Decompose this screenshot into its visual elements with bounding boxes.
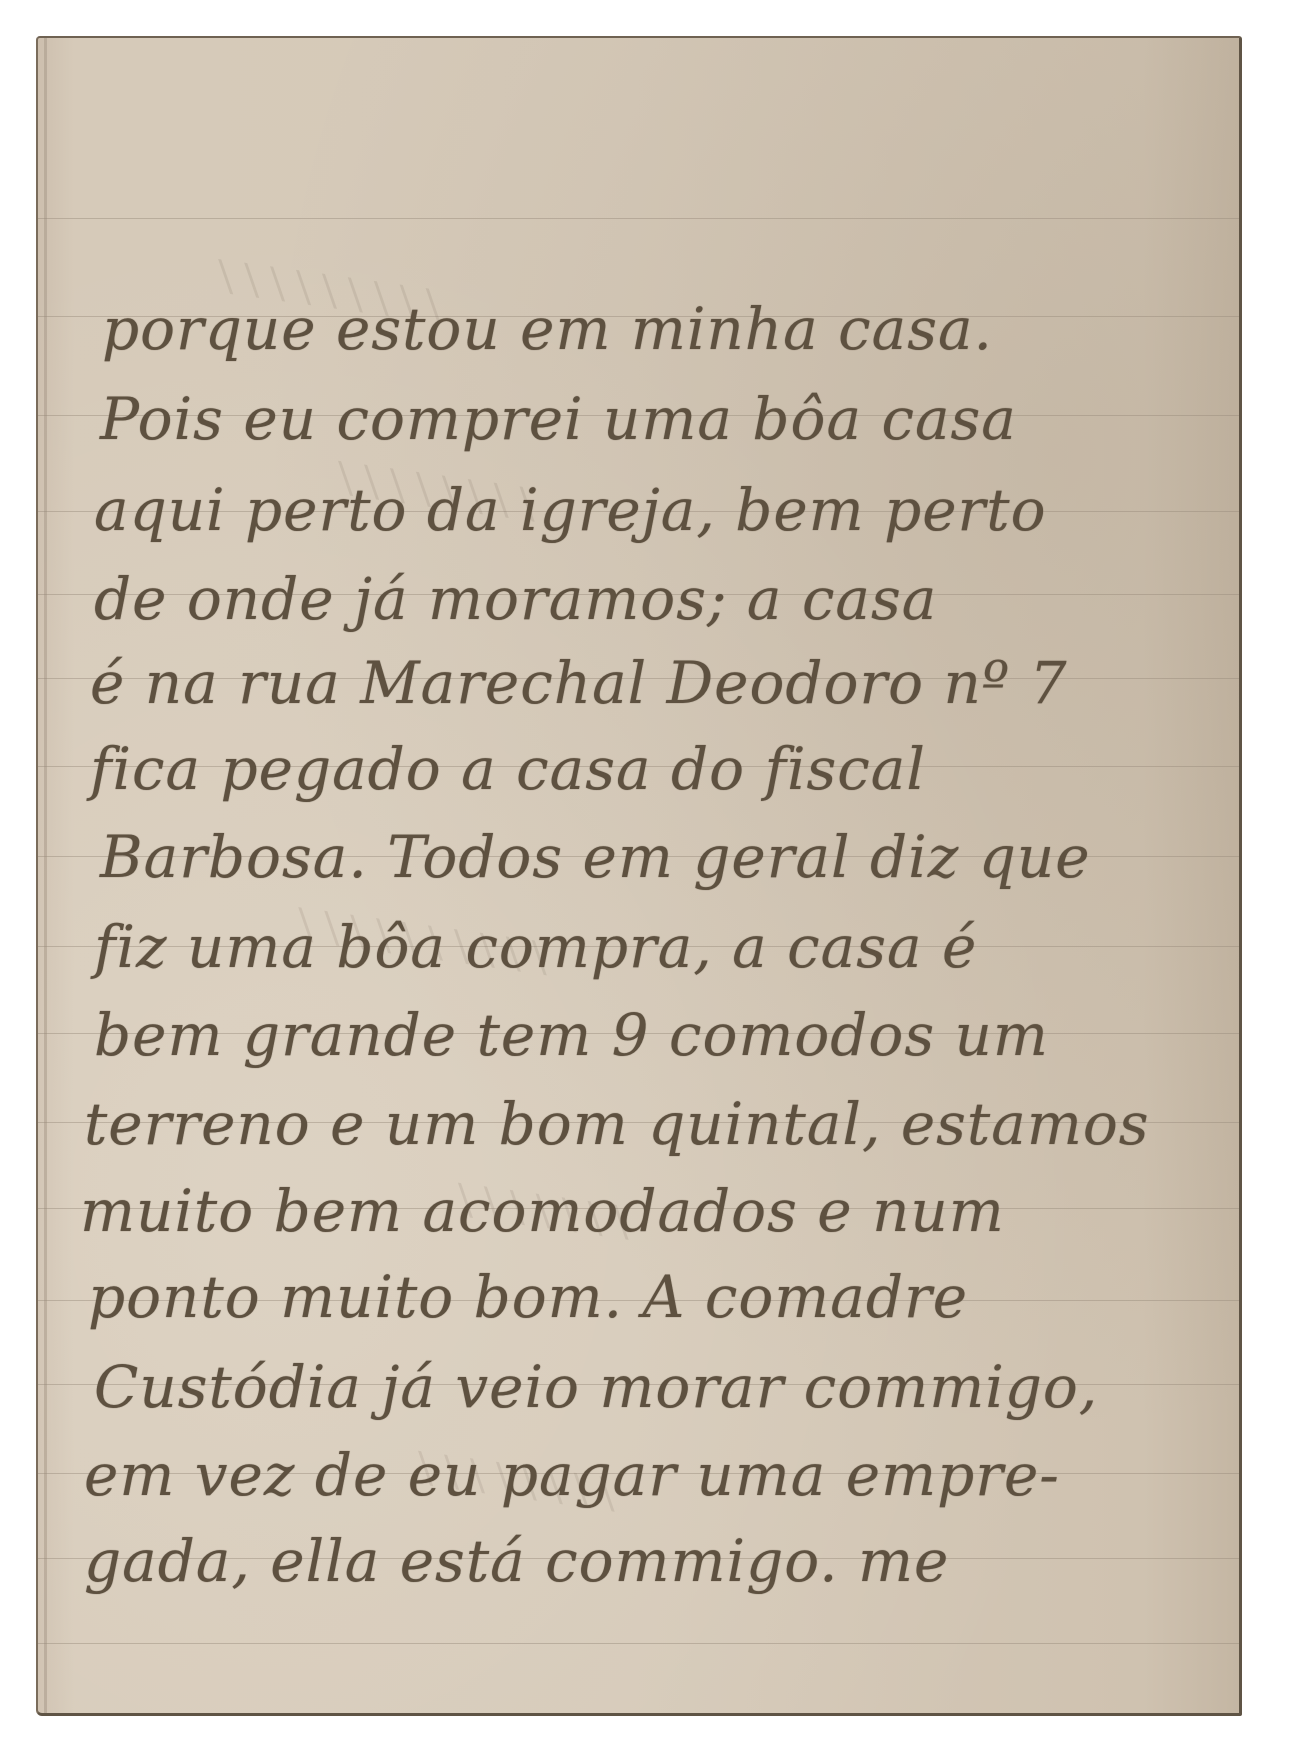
handwritten-line: aqui perto da igreja, bem perto	[94, 481, 1047, 539]
handwritten-line: Pois eu comprei uma bôa casa	[100, 390, 1017, 448]
handwritten-line: ponto muito bom. A comadre	[88, 1268, 968, 1326]
handwritten-line: terreno e um bom quintal, estamos	[84, 1095, 1150, 1153]
handwritten-line: fica pegado a casa do fiscal	[90, 740, 926, 798]
handwritten-line: fiz uma bôa compra, a casa é	[94, 918, 977, 976]
handwritten-line: Barbosa. Todos em geral diz que	[100, 828, 1091, 886]
handwritten-line: gada, ella está commigo. me	[84, 1532, 949, 1590]
handwritten-line: Custódia já veio morar commigo,	[94, 1358, 1098, 1416]
handwritten-line: é na rua Marechal Deodoro nº 7	[90, 654, 1067, 712]
ruled-line	[38, 218, 1239, 219]
handwritten-line: bem grande tem 9 comodos um	[94, 1006, 1049, 1064]
letter-page: / / / / / / / / / / / / / / / / / / / / …	[36, 36, 1242, 1716]
handwritten-line: de onde já moramos; a casa	[94, 570, 937, 628]
handwritten-line: muito bem acomodados e num	[80, 1182, 1005, 1240]
handwritten-line: porque estou em minha casa.	[102, 300, 993, 358]
handwritten-line: em vez de eu pagar uma empre-	[84, 1446, 1060, 1504]
left-margin-line	[44, 38, 47, 1713]
ruled-line	[38, 1643, 1239, 1644]
